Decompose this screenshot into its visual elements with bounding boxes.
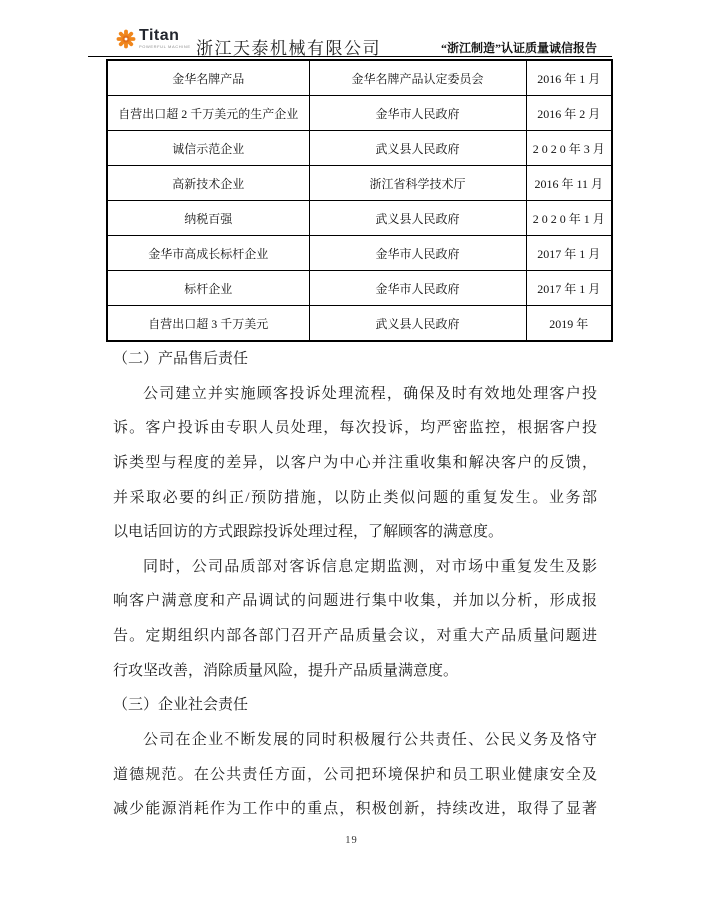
award-name-cell: 高新技术企业 [107, 166, 309, 201]
body-line: 并采取必要的纠正/预防措施，以防止类似问题的重复发生。业务部 [113, 481, 597, 516]
table-row: 自营出口超 2 千万美元的生产企业 金华市人民政府 2016 年 2 月 [107, 96, 612, 131]
body-line: 以电话回访的方式跟踪投诉处理过程，了解顾客的满意度。 [113, 515, 597, 550]
date-cell: 2017 年 1 月 [526, 236, 612, 271]
page-number: 19 [0, 835, 703, 846]
awards-table: 金华名牌产品 金华名牌产品认定委员会 2016 年 1 月 自营出口超 2 千万… [106, 59, 613, 342]
date-cell: 2016 年 1 月 [526, 60, 612, 96]
table-row: 诚信示范企业 武义县人民政府 2 0 2 0 年 3 月 [107, 131, 612, 166]
body-line: 告。定期组织内部各部门召开产品质量会议，对重大产品质量问题进 [113, 619, 597, 654]
issuer-cell: 金华市人民政府 [309, 271, 526, 306]
date-cell: 2016 年 11 月 [526, 166, 612, 201]
brand-tagline: POWERFUL MACHINE [139, 44, 191, 49]
award-name-cell: 自营出口超 3 千万美元 [107, 306, 309, 342]
document-body: （二）产品售后责任 公司建立并实施顾客投诉处理流程，确保及时有效地处理客户投 诉… [113, 342, 597, 827]
award-name-cell: 诚信示范企业 [107, 131, 309, 166]
section-heading: （二）产品售后责任 [113, 342, 597, 377]
award-name-cell: 自营出口超 2 千万美元的生产企业 [107, 96, 309, 131]
issuer-cell: 金华市人民政府 [309, 236, 526, 271]
brand-block: Titan POWERFUL MACHINE [139, 27, 191, 49]
award-name-cell: 标杆企业 [107, 271, 309, 306]
brand-name: Titan [139, 27, 191, 44]
table-row: 自营出口超 3 千万美元 武义县人民政府 2019 年 [107, 306, 612, 342]
issuer-cell: 武义县人民政府 [309, 201, 526, 236]
titan-logo: Titan POWERFUL MACHINE [116, 27, 191, 49]
body-line: 响客户满意度和产品调试的问题进行集中收集，并加以分析，形成报 [113, 584, 597, 619]
date-cell: 2 0 2 0 年 1 月 [526, 201, 612, 236]
body-line: 同时，公司品质部对客诉信息定期监测，对市场中重复发生及影 [113, 550, 597, 585]
body-line: 诉。客户投诉由专职人员处理，每次投诉，均严密监控，根据客户投 [113, 411, 597, 446]
table-row: 金华名牌产品 金华名牌产品认定委员会 2016 年 1 月 [107, 60, 612, 96]
date-cell: 2019 年 [526, 306, 612, 342]
document-page: Titan POWERFUL MACHINE 浙江天泰机械有限公司 “浙江制造”… [0, 0, 703, 913]
section-heading: （三）企业社会责任 [113, 688, 597, 723]
body-line: 诉类型与程度的差异，以客户为中心并注重收集和解决客户的反馈， [113, 446, 597, 481]
award-name-cell: 纳税百强 [107, 201, 309, 236]
award-name-cell: 金华市高成长标杆企业 [107, 236, 309, 271]
body-line: 公司建立并实施顾客投诉处理流程，确保及时有效地处理客户投 [113, 377, 597, 412]
table-row: 高新技术企业 浙江省科学技术厅 2016 年 11 月 [107, 166, 612, 201]
report-title: “浙江制造”认证质量诚信报告 [400, 39, 597, 56]
date-cell: 2 0 2 0 年 3 月 [526, 131, 612, 166]
table-row: 金华市高成长标杆企业 金华市人民政府 2017 年 1 月 [107, 236, 612, 271]
date-cell: 2016 年 2 月 [526, 96, 612, 131]
date-cell: 2017 年 1 月 [526, 271, 612, 306]
issuer-cell: 武义县人民政府 [309, 306, 526, 342]
body-line: 公司在企业不断发展的同时积极履行公共责任、公民义务及恪守 [113, 723, 597, 758]
body-line: 行攻坚改善，消除质量风险，提升产品质量满意度。 [113, 654, 597, 689]
issuer-cell: 金华市人民政府 [309, 96, 526, 131]
issuer-cell: 浙江省科学技术厅 [309, 166, 526, 201]
table-row: 纳税百强 武义县人民政府 2 0 2 0 年 1 月 [107, 201, 612, 236]
titan-flower-icon [116, 29, 136, 49]
body-line: 道德规范。在公共责任方面，公司把环境保护和员工职业健康安全及 [113, 758, 597, 793]
issuer-cell: 金华名牌产品认定委员会 [309, 60, 526, 96]
header-divider [88, 56, 612, 57]
body-line: 减少能源消耗作为工作中的重点，积极创新，持续改进，取得了显著 [113, 792, 597, 827]
award-name-cell: 金华名牌产品 [107, 60, 309, 96]
issuer-cell: 武义县人民政府 [309, 131, 526, 166]
table-row: 标杆企业 金华市人民政府 2017 年 1 月 [107, 271, 612, 306]
